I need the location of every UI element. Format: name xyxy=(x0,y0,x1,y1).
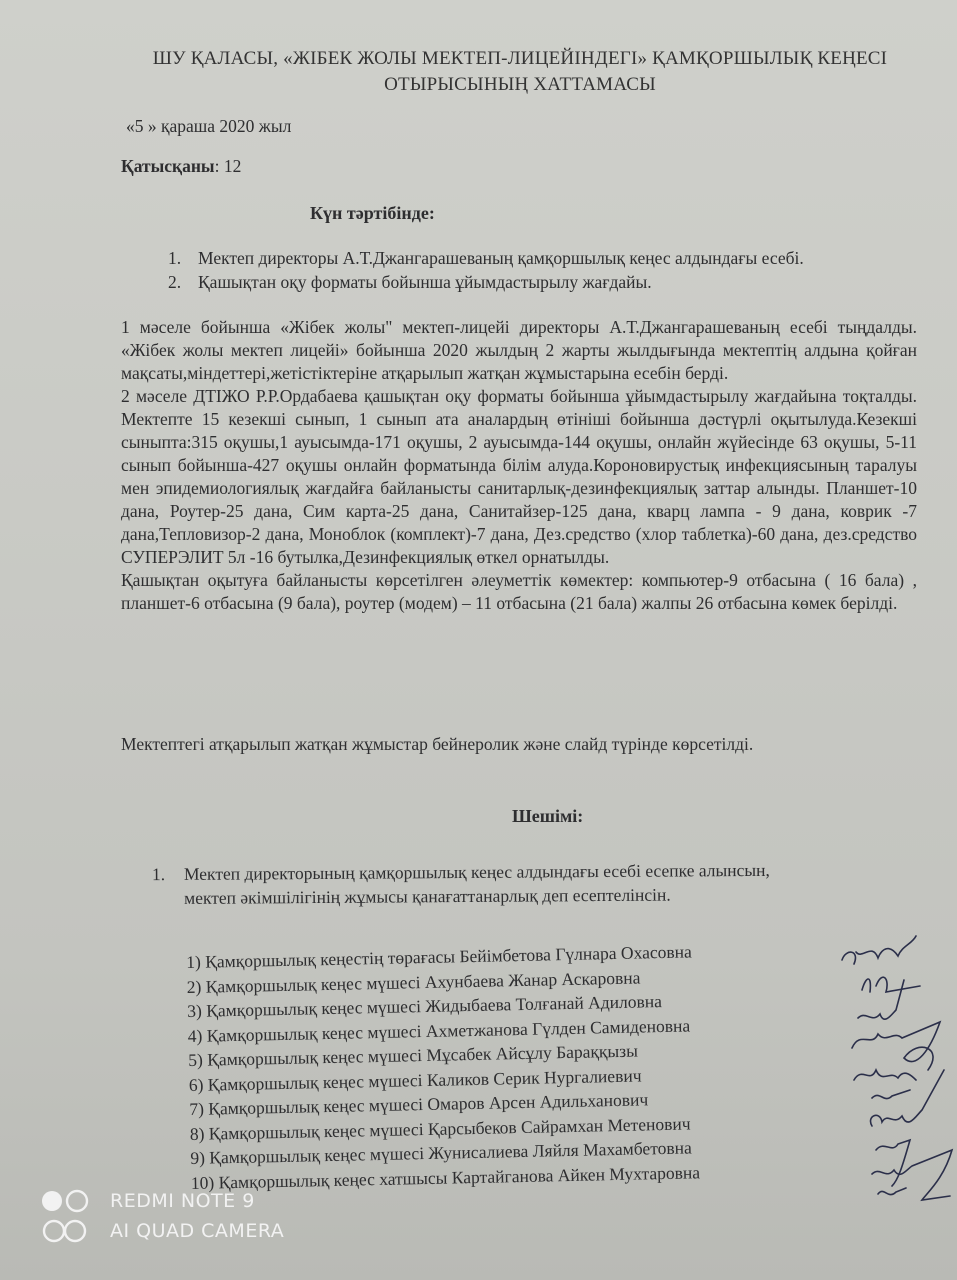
attendance-count: : 12 xyxy=(215,156,242,176)
document-photo: ШУ ҚАЛАСЫ, «ЖІБЕК ЖОЛЫ МЕКТЕП-ЛИЦЕЙІНДЕГ… xyxy=(0,0,957,1280)
handwritten-signatures-icon xyxy=(832,930,957,1210)
decision-line-2: мектеп әкімшілігінің жұмысы қанағаттанар… xyxy=(184,885,671,908)
agenda-item-text: Мектеп директоры А.Т.Джангарашеваның қам… xyxy=(198,246,804,270)
decision-number: 1. xyxy=(152,862,184,910)
attendance-label: Қатысқаны xyxy=(121,156,215,176)
attendance: Қатысқаны: 12 xyxy=(121,156,241,177)
paragraph-issue-1: 1 мәселе бойынша «Жібек жолы" мектеп-лиц… xyxy=(121,316,917,385)
agenda-item-text: Қашықтан оқу форматы бойынша ұйымдастыры… xyxy=(198,270,652,294)
paragraph-issue-2: 2 мәселе ДТІЖО Р.Р.Ордабаева қашықтан оқ… xyxy=(121,385,917,569)
infinity-rings-icon xyxy=(40,1218,90,1244)
title-line-2: ОТЫРЫСЫНЫҢ ХАТТАМАСЫ xyxy=(110,72,930,98)
minutes-body: 1 мәселе бойынша «Жібек жолы" мектеп-лиц… xyxy=(121,316,917,615)
works-shown-note: Мектептегі атқарылып жатқан жұмыстар бей… xyxy=(121,734,753,755)
document-title: ШУ ҚАЛАСЫ, «ЖІБЕК ЖОЛЫ МЕКТЕП-ЛИЦЕЙІНДЕГ… xyxy=(110,46,930,98)
decision-heading: Шешімі: xyxy=(512,806,583,827)
watermark-model: REDMI NOTE 9 xyxy=(110,1186,255,1216)
title-line-1: ШУ ҚАЛАСЫ, «ЖІБЕК ЖОЛЫ МЕКТЕП-ЛИЦЕЙІНДЕГ… xyxy=(110,46,930,72)
camera-watermark: REDMI NOTE 9 AI QUAD CAMERA xyxy=(40,1186,284,1246)
agenda-item-number: 2. xyxy=(168,270,198,294)
meeting-date: «5 » қараша 2020 жыл xyxy=(126,116,291,137)
agenda-heading: Күн тәртібінде: xyxy=(310,203,435,224)
decision-text: Мектеп директорының қамқоршылық кеңес ал… xyxy=(184,858,770,910)
decision-line-1: Мектеп директорының қамқоршылық кеңес ал… xyxy=(184,860,770,884)
agenda-item: 1. Мектеп директоры А.Т.Джангарашеваның … xyxy=(168,246,804,270)
council-members-list: 1) Қамқоршылық кеңестің төрағасы Бейімбе… xyxy=(186,939,700,1195)
camera-dots-icon xyxy=(40,1188,90,1214)
watermark-camera: AI QUAD CAMERA xyxy=(110,1216,284,1246)
agenda-list: 1. Мектеп директоры А.Т.Джангарашеваның … xyxy=(168,246,804,294)
paragraph-social-aid: Қашықтан оқытуға байланысты көрсетілген … xyxy=(121,569,917,615)
decision-item: 1. Мектеп директорының қамқоршылық кеңес… xyxy=(152,858,770,910)
agenda-item-number: 1. xyxy=(168,246,198,270)
agenda-item: 2. Қашықтан оқу форматы бойынша ұйымдаст… xyxy=(168,270,804,294)
